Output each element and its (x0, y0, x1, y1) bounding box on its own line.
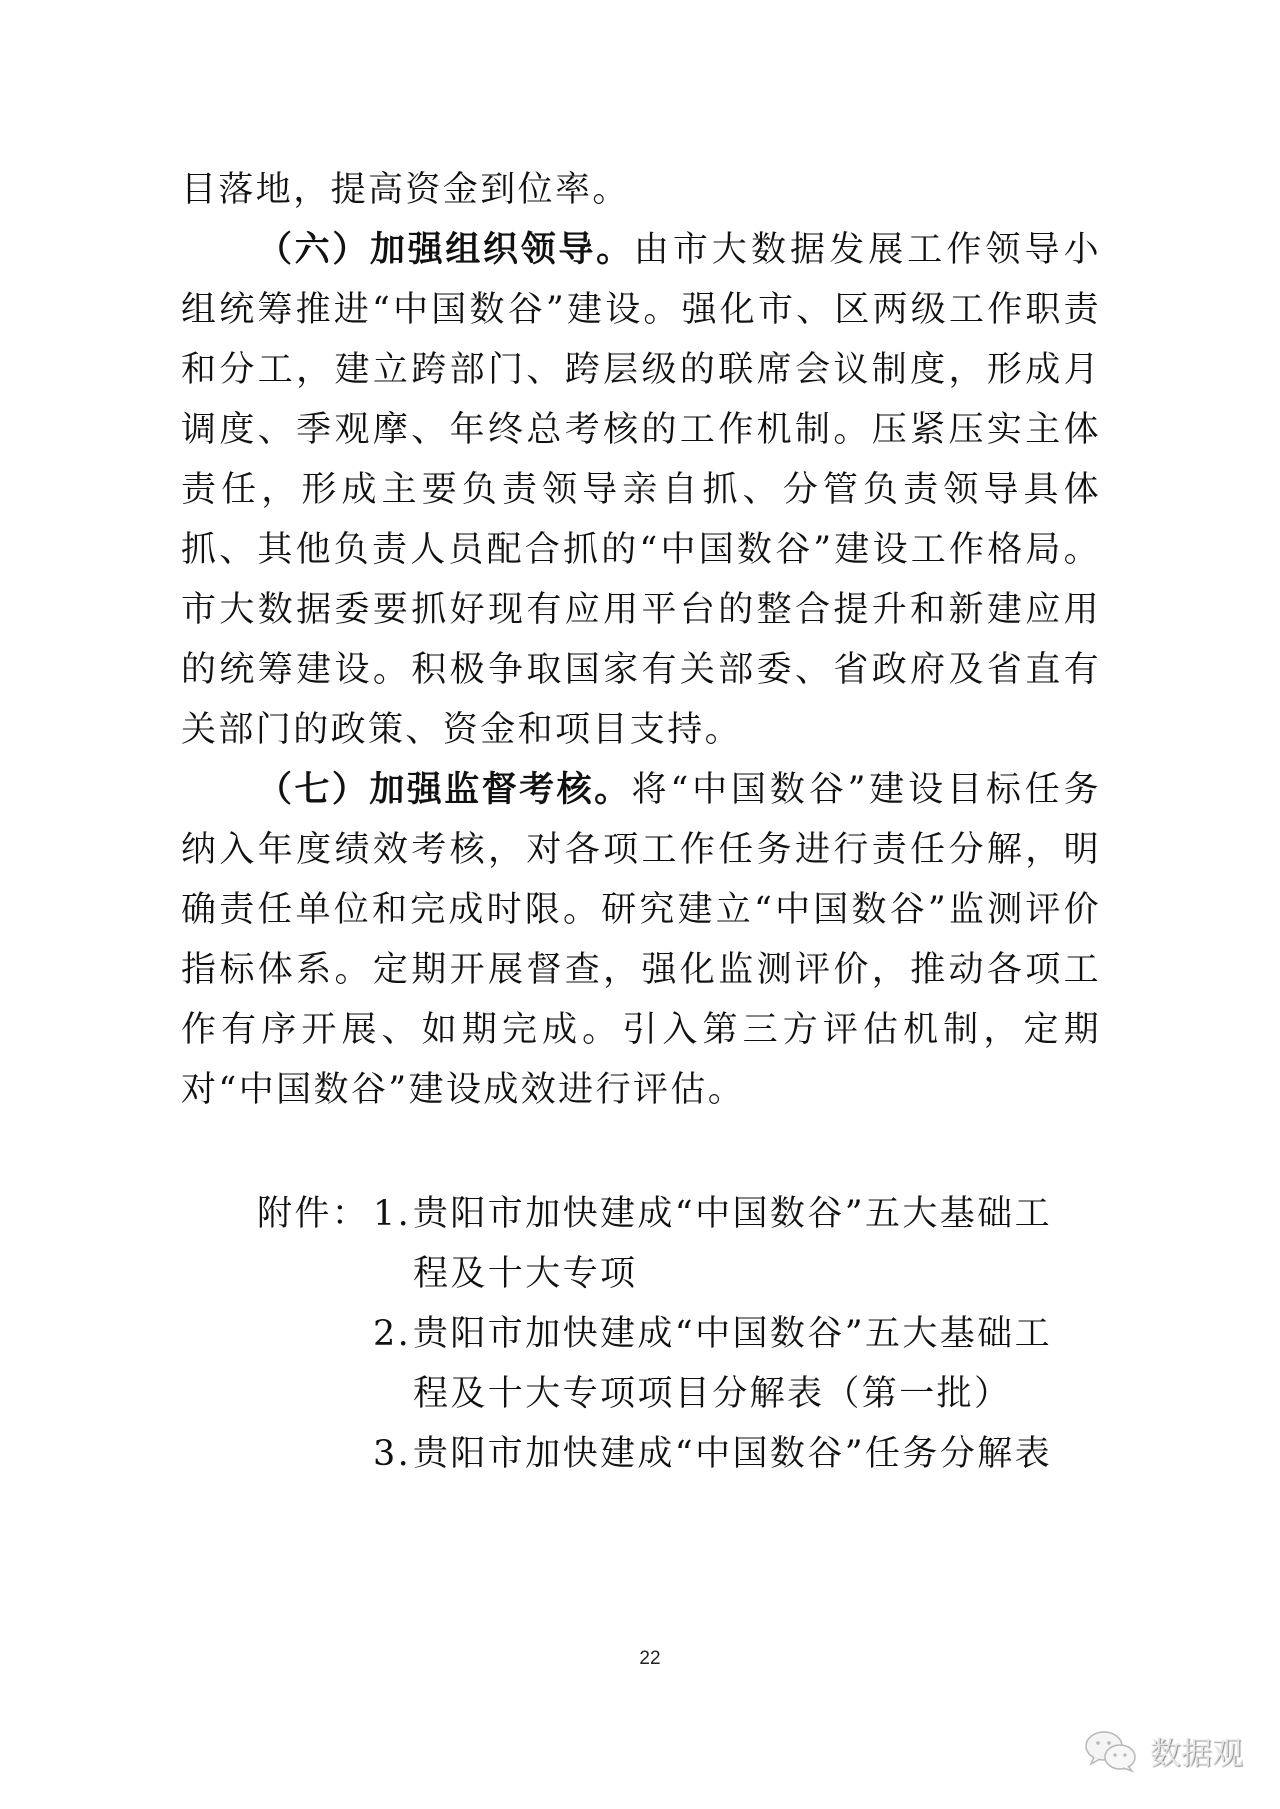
attachment-title-cont: 程及十大专项项目分解表（第一批） (413, 1364, 1107, 1424)
section-heading: （六）加强组织领导。 (257, 230, 634, 270)
paragraph-text: 将“中国数谷”建设目标任务纳入年度绩效考核，对各项工作任务进行责任分解，明确责任… (181, 770, 1101, 1110)
attachment-number: 1. (373, 1184, 413, 1244)
attachment-item-1-cont: 程及十大专项 (257, 1244, 1107, 1304)
attachment-title: 贵阳市加快建成“中国数谷”任务分解表 (413, 1424, 1107, 1484)
watermark-text: 数据观 (1150, 1728, 1243, 1773)
section-heading: （七）加强监督考核。 (257, 770, 632, 810)
attachments-list: 附件： 1. 贵阳市加快建成“中国数谷”五大基础工 程及十大专项 2. 贵阳市加… (257, 1184, 1107, 1484)
wechat-icon (1082, 1729, 1142, 1773)
attachment-item-1: 附件： 1. 贵阳市加快建成“中国数谷”五大基础工 (257, 1184, 1107, 1244)
paragraph-continuation: 目落地，提高资金到位率。 (181, 160, 1101, 220)
paragraph-text: 由市大数据发展工作领导小组统筹推进“中国数谷”建设。强化市、区两级工作职责和分工… (181, 230, 1101, 750)
paragraph-text: 目落地，提高资金到位率。 (181, 170, 630, 210)
watermark: 数据观 (1082, 1728, 1243, 1773)
page-number: 22 (620, 1648, 680, 1670)
document-page: 目落地，提高资金到位率。 （六）加强组织领导。由市大数据发展工作领导小组统筹推进… (0, 0, 1280, 1809)
body-text: 目落地，提高资金到位率。 （六）加强组织领导。由市大数据发展工作领导小组统筹推进… (181, 160, 1101, 1120)
attachment-item-2: 2. 贵阳市加快建成“中国数谷”五大基础工 (257, 1304, 1107, 1364)
attachment-title-cont: 程及十大专项 (413, 1244, 1107, 1304)
paragraph-section-6: （六）加强组织领导。由市大数据发展工作领导小组统筹推进“中国数谷”建设。强化市、… (181, 220, 1101, 760)
attachment-number: 3. (373, 1424, 413, 1484)
attachment-number: 2. (373, 1304, 413, 1364)
attachment-item-3: 3. 贵阳市加快建成“中国数谷”任务分解表 (257, 1424, 1107, 1484)
attachments-label: 附件： (257, 1184, 373, 1244)
attachment-item-2-cont: 程及十大专项项目分解表（第一批） (257, 1364, 1107, 1424)
attachment-title: 贵阳市加快建成“中国数谷”五大基础工 (413, 1184, 1107, 1244)
paragraph-section-7: （七）加强监督考核。将“中国数谷”建设目标任务纳入年度绩效考核，对各项工作任务进… (181, 760, 1101, 1120)
attachment-title: 贵阳市加快建成“中国数谷”五大基础工 (413, 1304, 1107, 1364)
